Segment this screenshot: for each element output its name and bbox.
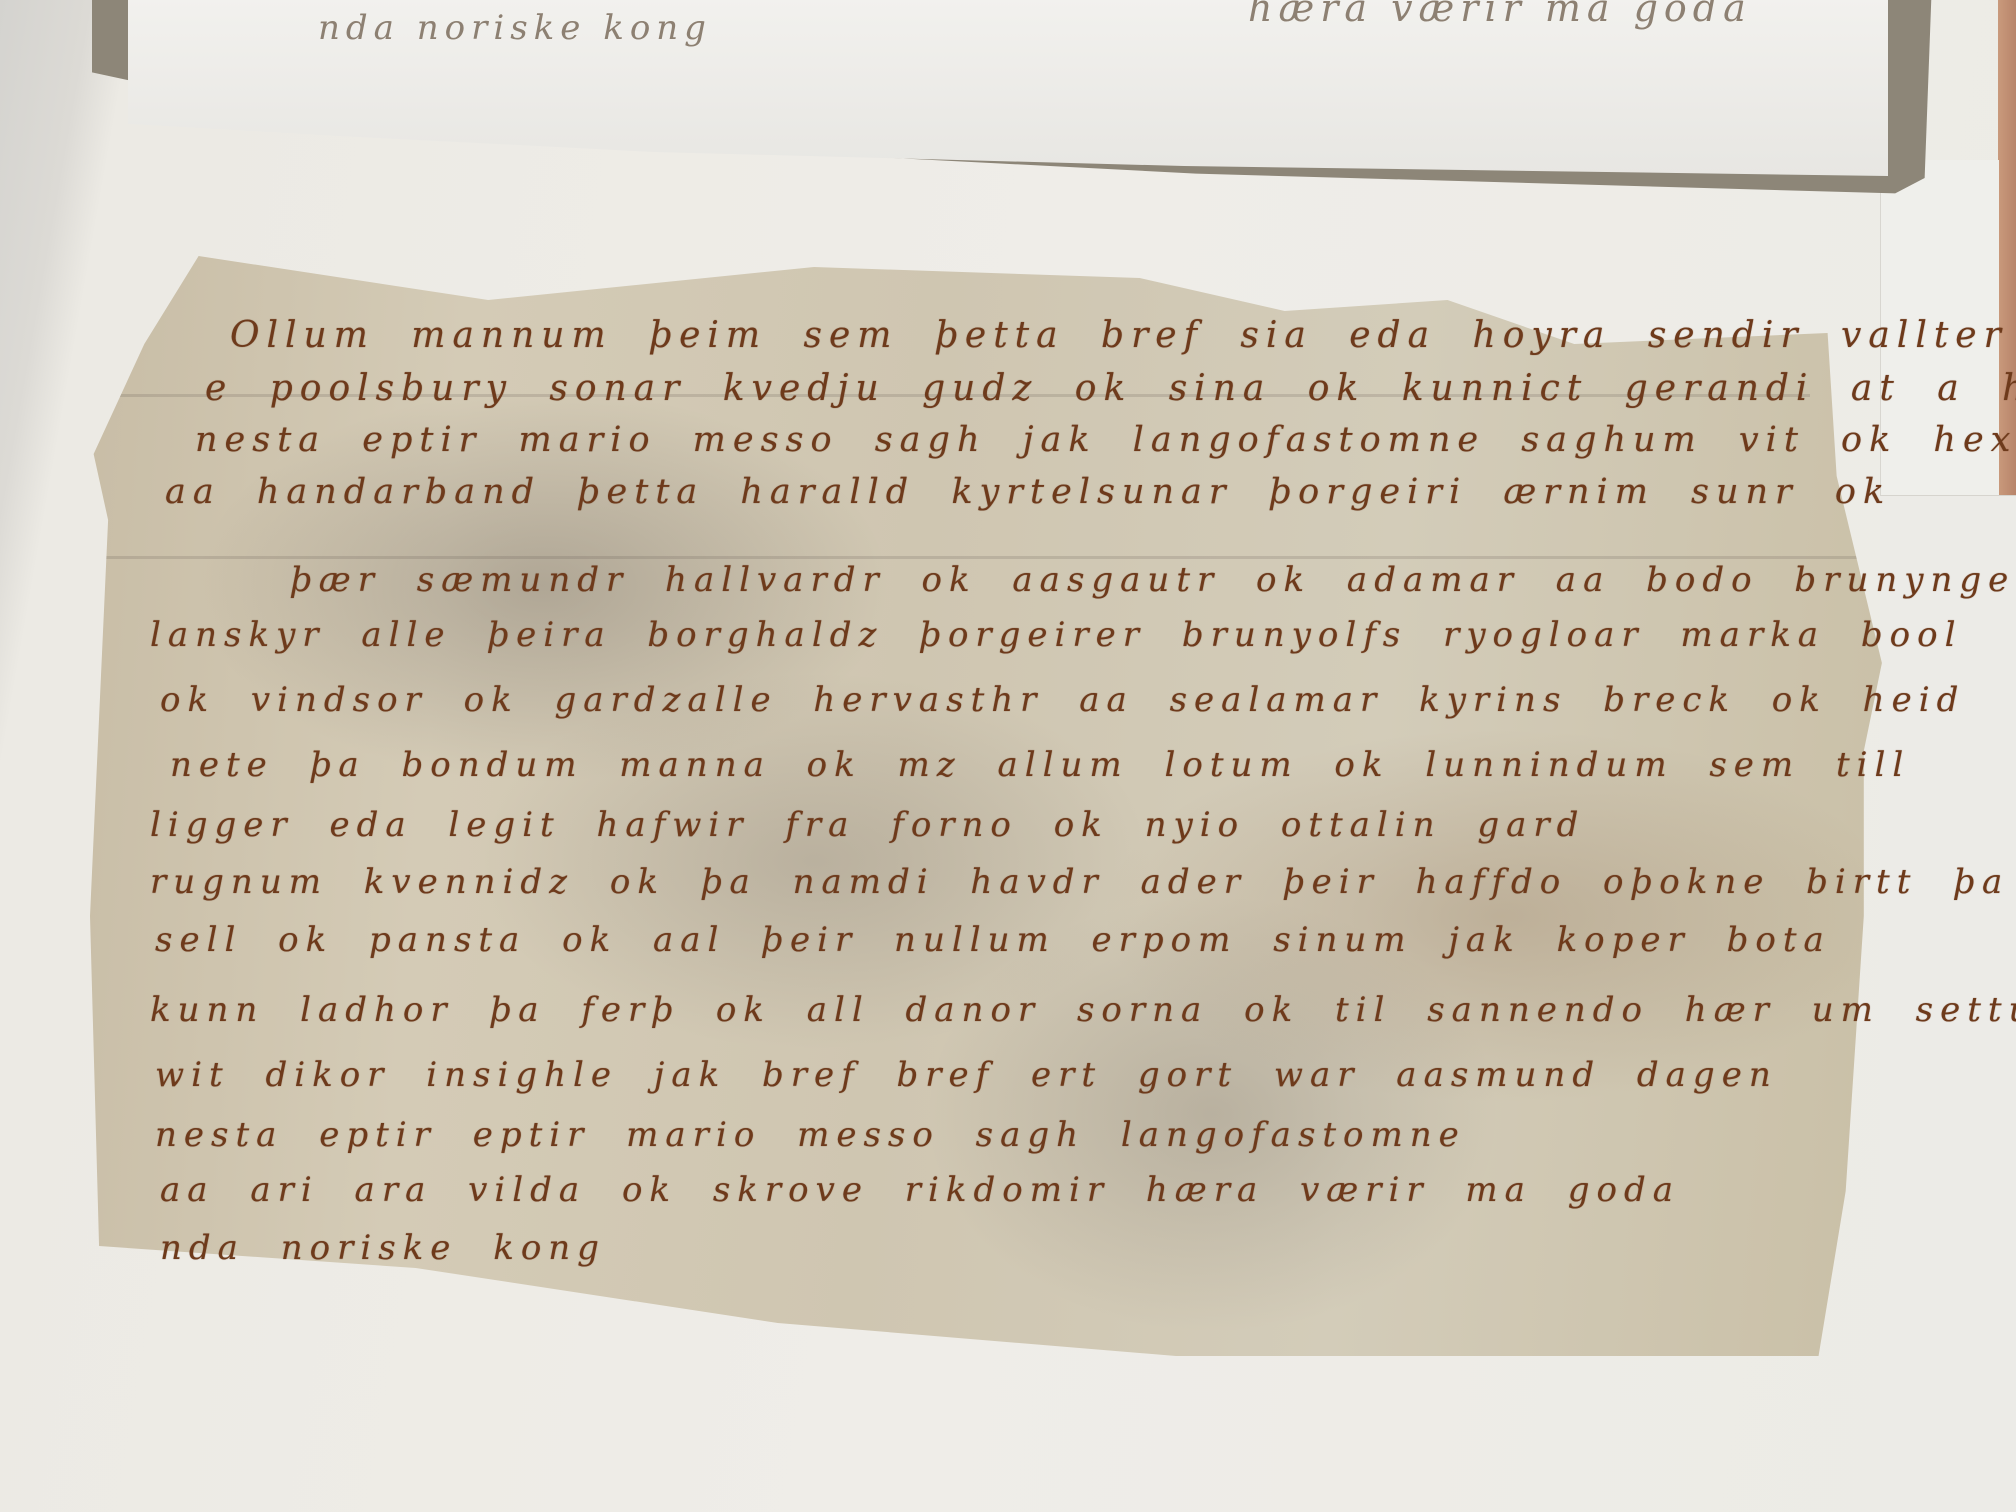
manuscript-line: sell ok pansta ok aal þeir nullum erpom … bbox=[155, 920, 1831, 960]
manuscript-line: e poolsbury sonar kvedju gudz ok sina ok… bbox=[205, 368, 2016, 409]
manuscript-text: Ollum mannum þeim sem þetta bref sia eda… bbox=[0, 0, 2016, 1512]
manuscript-line: lanskyr alle þeira borghaldz þorgeirer b… bbox=[150, 615, 1962, 655]
manuscript-line: nete þa bondum manna ok mz allum lotum o… bbox=[170, 745, 1910, 785]
manuscript-line: rugnum kvennidz ok þa namdi havdr ader þ… bbox=[150, 862, 2009, 902]
manuscript-line: þær sæmundr hallvardr ok aasgautr ok ada… bbox=[290, 560, 2015, 600]
manuscript-line: nesta eptir eptir mario messo sagh lango… bbox=[155, 1115, 1466, 1155]
manuscript-line: ok vindsor ok gardzalle hervasthr aa sea… bbox=[160, 680, 1965, 720]
manuscript-line: nesta eptir mario messo sagh jak langofa… bbox=[195, 420, 2016, 460]
manuscript-line: nda noriske kong bbox=[160, 1228, 606, 1268]
manuscript-line: kunn ladhor þa ferþ ok all danor sorna o… bbox=[150, 990, 2016, 1030]
manuscript-line: aa handarband þetta haralld kyrtelsunar … bbox=[165, 472, 1891, 512]
manuscript-line: wit dikor insighle jak bref bref ert gor… bbox=[155, 1055, 1778, 1095]
manuscript-line: aa ari ara vilda ok skrove rikdomir hæra… bbox=[160, 1170, 1680, 1210]
manuscript-line: ligger eda legit hafwir fra forno ok nyi… bbox=[150, 805, 1585, 845]
manuscript-line: Ollum mannum þeim sem þetta bref sia eda… bbox=[230, 315, 2016, 356]
